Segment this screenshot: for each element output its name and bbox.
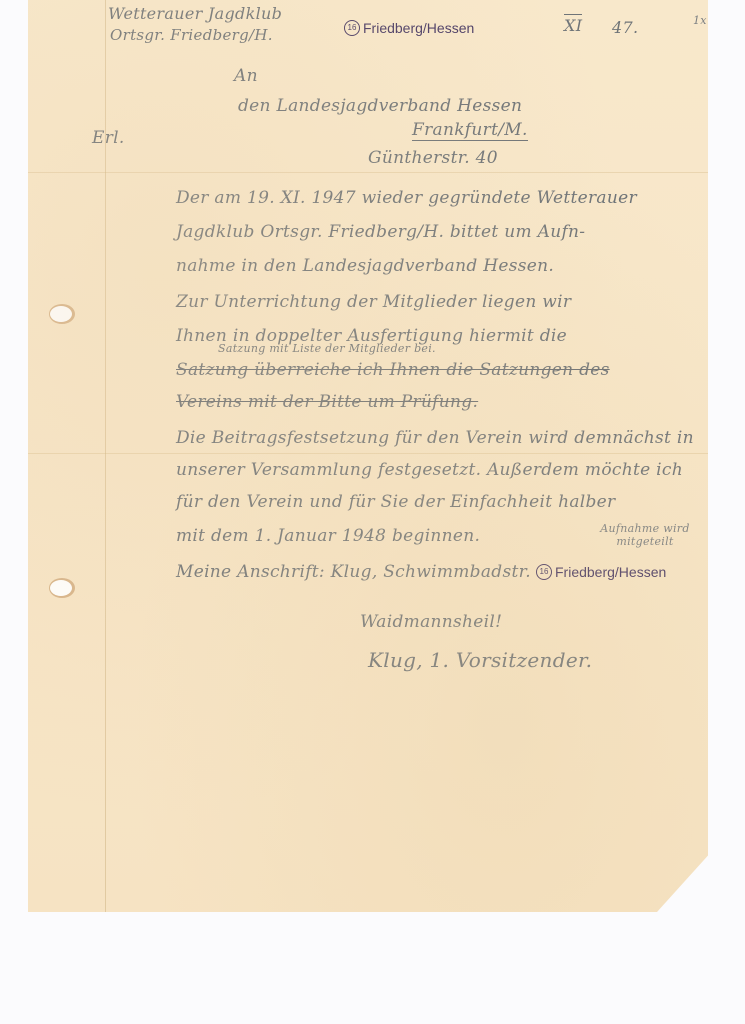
closing-greeting: Waidmannsheil!: [360, 612, 502, 632]
sender-line-1: Wetterauer Jagdklub: [108, 4, 282, 23]
place-stamp-2: 16 Friedberg/Hessen: [536, 564, 666, 580]
margin-mark: 1x: [693, 14, 707, 27]
body-line: Zur Unterrichtung der Mitglieder liegen …: [176, 292, 571, 312]
stamp-text: Friedberg/Hessen: [555, 564, 666, 580]
date-year: 47.: [612, 18, 638, 37]
punch-hole-bottom: [50, 580, 72, 596]
signature: Klug, 1. Vorsitzender.: [368, 648, 592, 672]
margin-note-erledigt: Erl.: [92, 128, 125, 148]
struck-line: Satzung überreiche ich Ihnen die Satzung…: [176, 360, 610, 380]
folded-corner: [695, 855, 735, 913]
date-month: XI: [564, 14, 582, 35]
place-stamp: 16 Friedberg/Hessen: [344, 20, 474, 36]
stamp-number: 16: [344, 20, 360, 36]
body-line: nahme in den Landesjagdverband Hessen.: [176, 256, 554, 276]
stamp-number: 16: [536, 564, 552, 580]
punch-hole-top: [50, 306, 72, 322]
address-salutation: An: [234, 66, 258, 86]
struck-line: Vereins mit der Bitte um Prüfung.: [176, 392, 478, 412]
acceptance-annotation: Aufnahme wird mitgeteilt: [590, 522, 700, 548]
sender-line-2: Ortsgr. Friedberg/H.: [110, 26, 273, 44]
body-line: Die Beitragsfestsetzung für den Verein w…: [176, 428, 694, 448]
sender-address-line: Meine Anschrift: Klug, Schwimmbadstr.: [176, 562, 531, 582]
stamp-text: Friedberg/Hessen: [363, 20, 474, 36]
address-street: Güntherstr. 40: [368, 148, 498, 168]
body-line: unserer Versammlung festgesetzt. Außerde…: [176, 460, 683, 480]
body-line: Jagdklub Ortsgr. Friedberg/H. bittet um …: [176, 222, 585, 242]
body-line: Der am 19. XI. 1947 wieder gegründete We…: [176, 188, 637, 208]
body-line: für den Verein und für Sie der Einfachhe…: [176, 492, 615, 512]
address-recipient: den Landesjagdverband Hessen: [238, 96, 522, 116]
insertion-note: Satzung mit Liste der Mitglieder bei.: [218, 342, 436, 355]
letter-paper: Wetterauer Jagdklub Ortsgr. Friedberg/H.…: [28, 0, 708, 912]
horizontal-crease: [28, 453, 708, 454]
body-line: mit dem 1. Januar 1948 beginnen.: [176, 526, 480, 546]
horizontal-crease: [28, 172, 708, 173]
address-city: Frankfurt/M.: [412, 120, 528, 141]
